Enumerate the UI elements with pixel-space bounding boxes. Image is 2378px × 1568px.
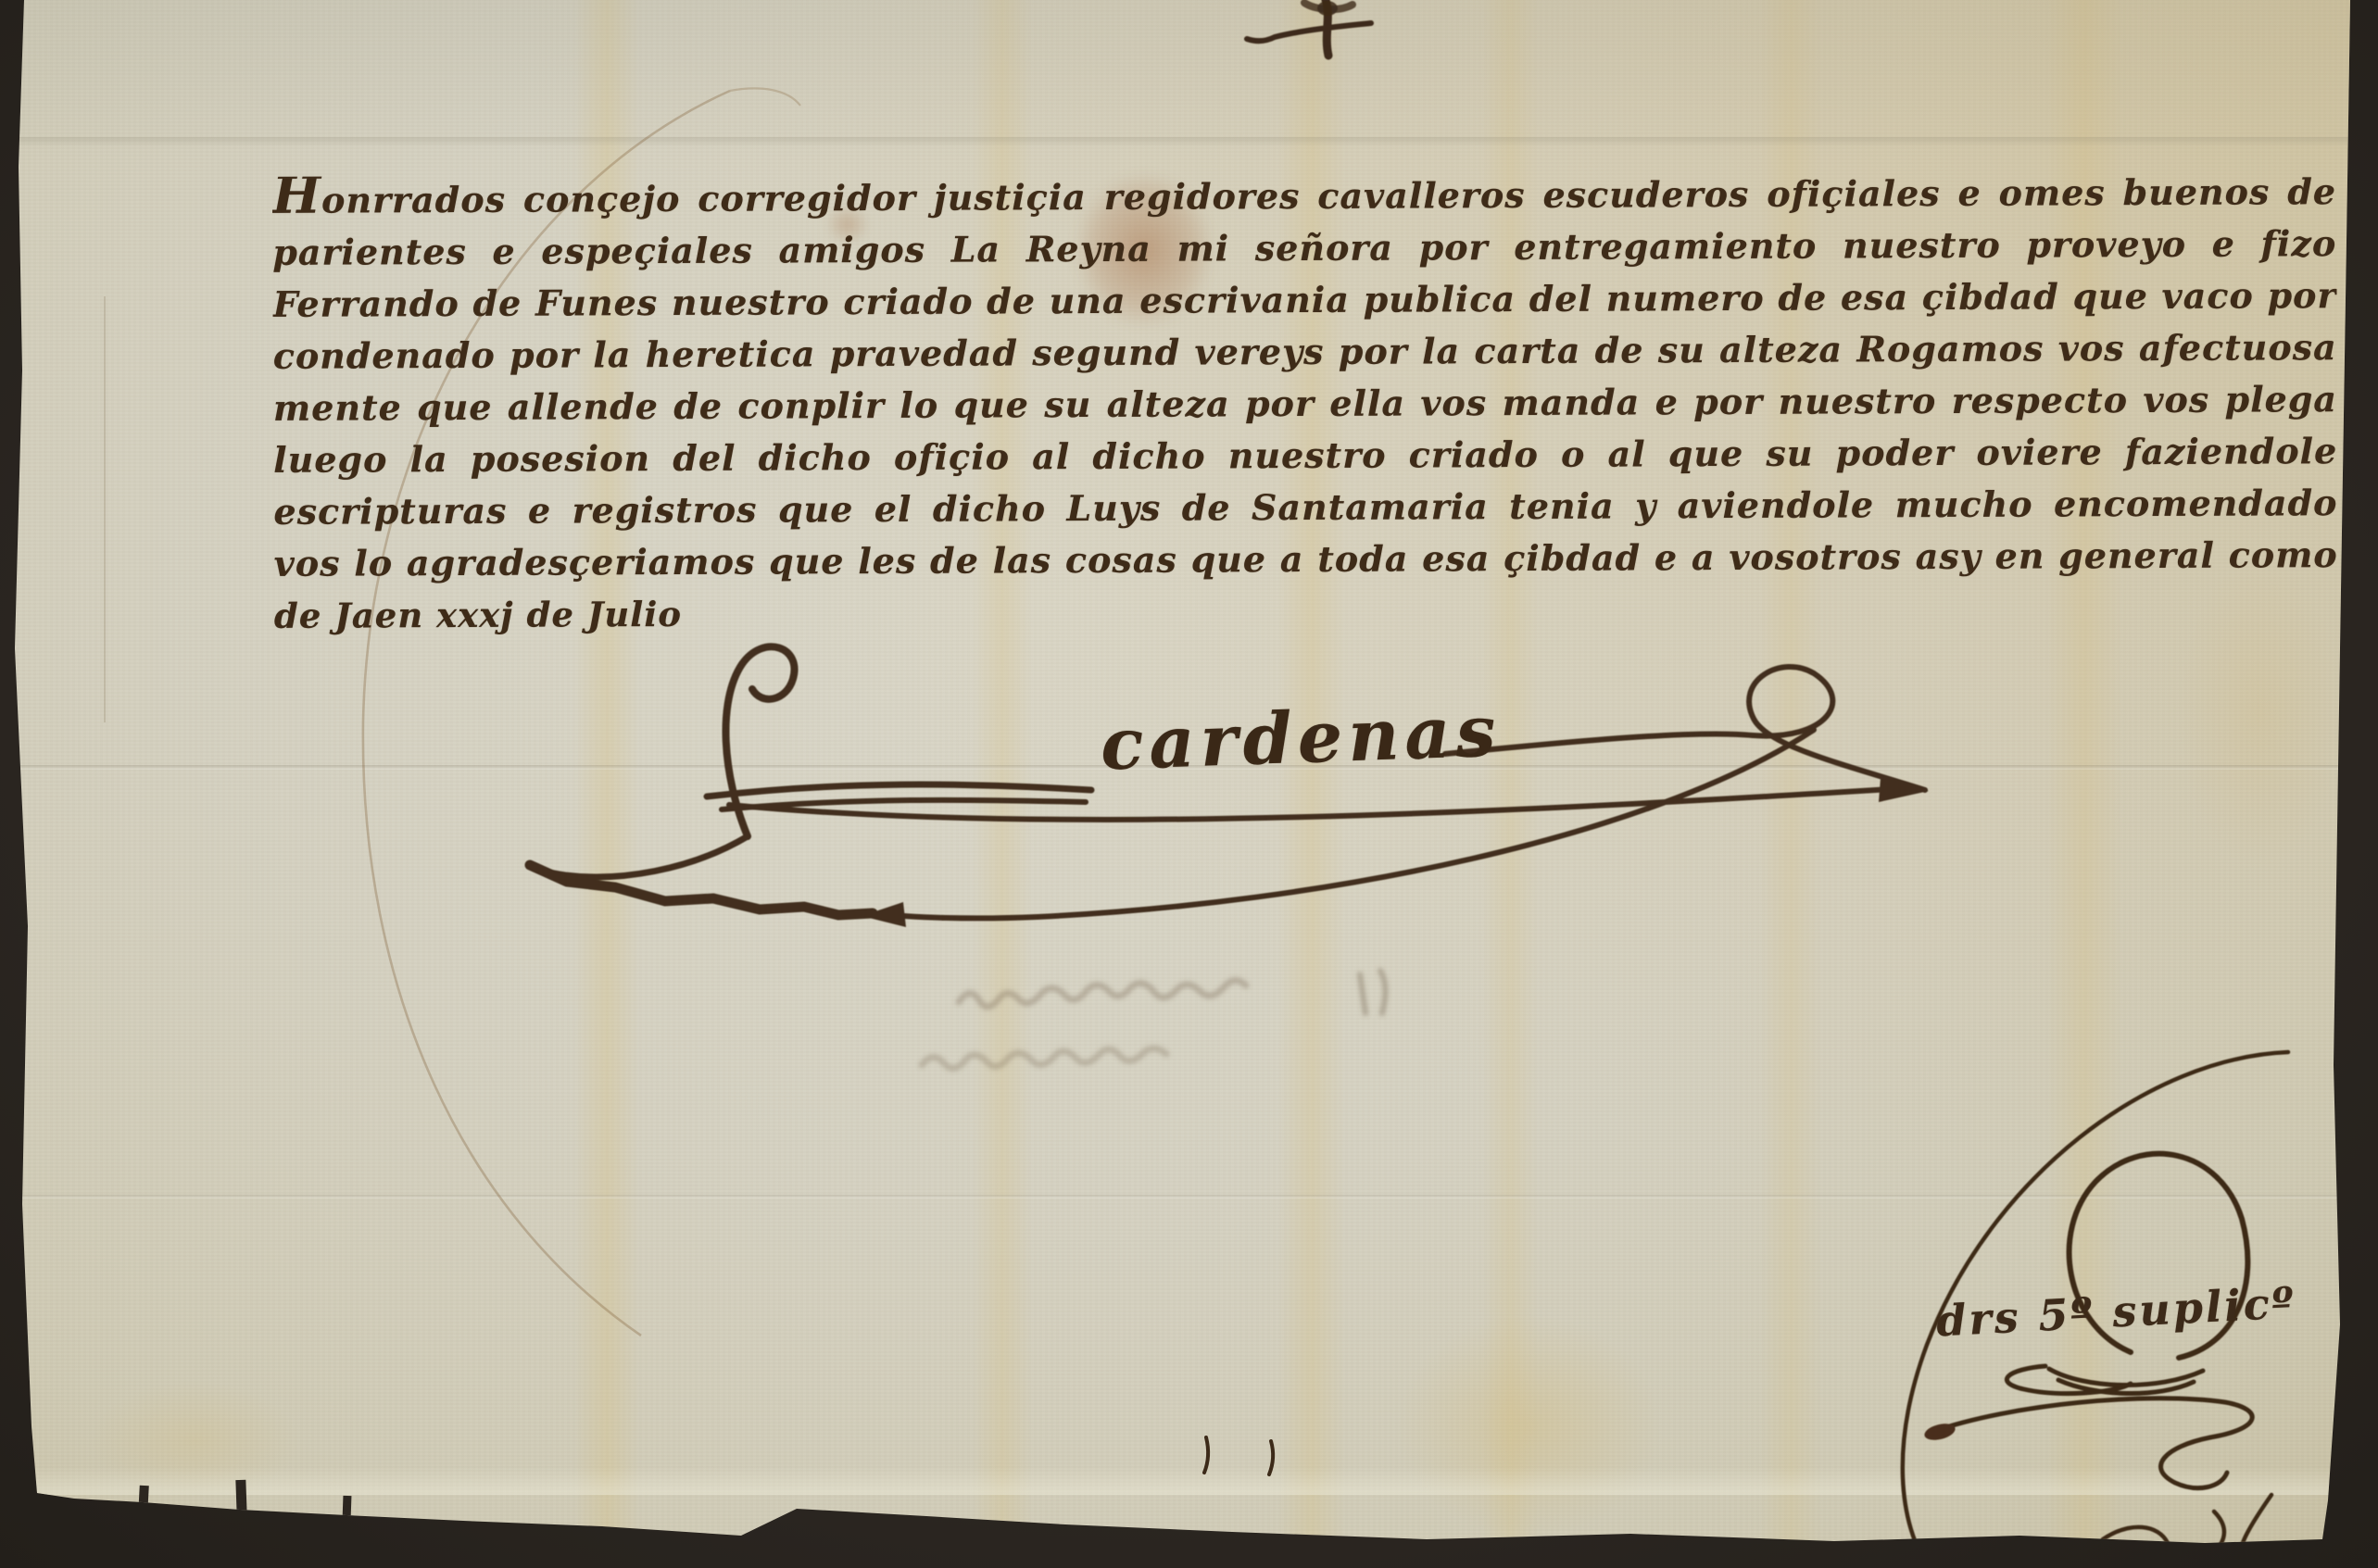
manuscript-line-6: luego la posesion del dicho ofiçio al di… (273, 427, 2337, 488)
pen-ticks (1204, 1437, 1273, 1474)
manuscript-line-8: vos lo agradesçeriamos que les de las co… (274, 531, 2338, 592)
signature-cardenas: cardenas (1100, 689, 1503, 785)
signature-flourish (530, 646, 1929, 927)
manuscript-page: Honrrados conçejo corregidor justiçia re… (0, 0, 2378, 1568)
manuscript-line-5: mente que allende de conplir lo que su a… (273, 375, 2337, 436)
invocation-cross-icon (1247, 0, 1371, 56)
verso-bleed-through (922, 971, 1386, 1069)
letter-text-block: Honrrados conçejo corregidor justiçia re… (272, 168, 2338, 644)
edge-dark-tabs (138, 1480, 351, 1520)
manuscript-line-3: Ferrando de Funes nuestro criado de una … (272, 271, 2336, 332)
photograph-background: Honrrados conçejo corregidor justiçia re… (0, 0, 2378, 1568)
manuscript-line-7: escripturas e registros que el dicho Luy… (273, 479, 2337, 540)
manuscript-line-4: condenado por la heretica pravedad segun… (273, 323, 2337, 384)
manuscript-line-1: Honrrados conçejo corregidor justiçia re… (272, 168, 2336, 229)
manuscript-line-2: parientes e espeçiales amigos La Reyna m… (272, 220, 2336, 281)
manuscript-dateline: de Jaen xxxj de Julio (274, 589, 923, 644)
